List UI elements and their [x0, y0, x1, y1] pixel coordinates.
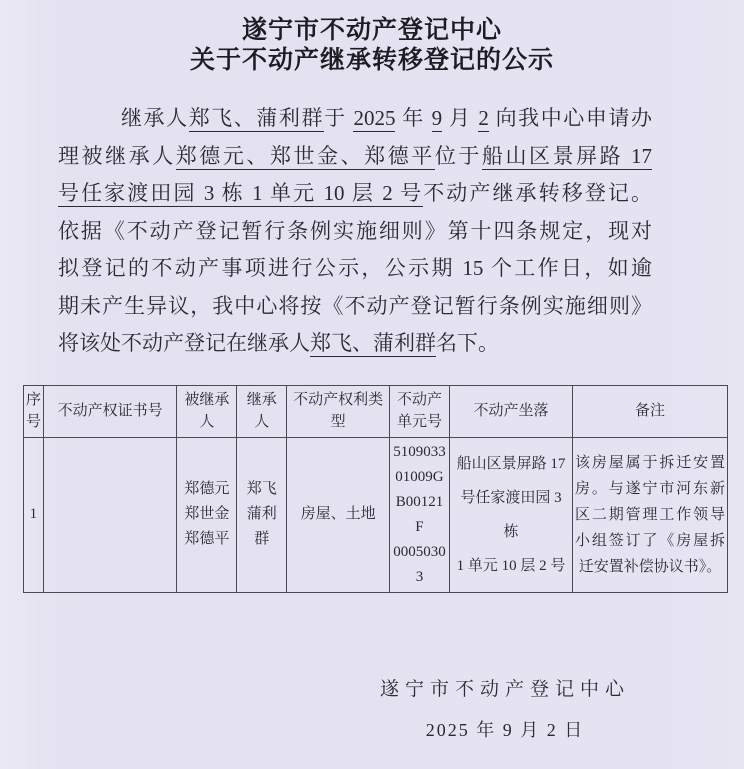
table-cell-line: 号任家渡田园 3 栋: [452, 481, 570, 549]
body-line: 号任家渡田园 3 栋 1 单元 10 层 2 号不动产继承转移登记。: [58, 175, 652, 213]
table-cell-line: 5109033: [392, 440, 447, 465]
table-cell-line: 1: [26, 502, 41, 527]
body-line: 将该处不动产登记在继承人郑飞、蒲利群名下。: [58, 325, 652, 363]
table-cell-line: 1 单元 10 层 2 号: [452, 549, 570, 583]
underlined-text: 2: [478, 106, 489, 132]
table-cell: 1: [24, 437, 44, 592]
table-header-cell: 被继承人: [177, 385, 237, 437]
body-text-segment: 继承人: [121, 106, 189, 130]
table-header-cell: 不动产坐落: [449, 385, 572, 437]
table-header-cell: 不动产单元号: [390, 385, 450, 437]
body-line: 拟登记的不动产事项进行公示，公示期 15 个工作日，如逾: [58, 250, 652, 288]
document-title: 遂宁市不动产登记中心 关于不动产继承转移登记的公示: [0, 0, 744, 75]
body-text-segment: 位于: [435, 144, 482, 168]
table-cell: 郑飞蒲利群: [237, 437, 287, 592]
table-cell: 船山区景屏路 17号任家渡田园 3 栋1 单元 10 层 2 号: [449, 437, 572, 592]
table-cell-line: 0005030: [392, 540, 447, 565]
body-line: 继承人郑飞、蒲利群于 2025 年 9 月 2 向我中心申请办: [58, 100, 652, 138]
body-text-segment: 理被继承人: [58, 144, 176, 168]
table-cell-line: 船山区景屏路 17: [452, 447, 570, 481]
body-line: 理被继承人郑德元、郑世金、郑德平位于船山区景屏路 17: [58, 138, 652, 176]
table-header-cell: 序号: [24, 385, 44, 437]
document-page: 遂宁市不动产登记中心 关于不动产继承转移登记的公示 继承人郑飞、蒲利群于 202…: [0, 0, 744, 769]
table-cell-line: 郑德平: [179, 527, 234, 552]
body-text-segment: 将该处不动产登记在继承人: [58, 331, 310, 355]
table-cell-line: 3: [392, 565, 447, 590]
table-row: 1郑德元郑世金郑德平郑飞蒲利群房屋、土地510903301009GB00121F…: [24, 437, 728, 592]
table-header-cell: 备注: [573, 385, 728, 437]
table-cell: 房屋、土地: [287, 437, 390, 592]
title-line-2: 关于不动产继承转移登记的公示: [0, 45, 744, 75]
body-text-segment: 拟登记的不动产事项进行公示，公示期 15 个工作日，如逾: [58, 256, 652, 280]
body-text-segment: 不动产继承转移登记。: [423, 181, 652, 205]
table-cell-line: 郑世金: [179, 502, 234, 527]
body-text-segment: 向我中心申请办: [489, 106, 652, 130]
underlined-text: 2025: [353, 106, 395, 132]
underlined-text: 9: [432, 106, 443, 132]
body-text-segment: 年: [395, 106, 431, 130]
body-text-segment: 于: [324, 106, 353, 130]
table-cell-line: 该房屋属于拆迁安置房。与遂宁市河东新区二期管理工作领导小组签订了《房屋拆迁安置补…: [575, 450, 725, 580]
property-table: 序号不动产权证书号被继承人继承人不动产权利类型不动产单元号不动产坐落备注1郑德元…: [23, 385, 728, 593]
table-cell-line: 01009G: [392, 465, 447, 490]
table-cell-line: 蒲利群: [239, 502, 284, 552]
signature-block: 遂宁市不动产登记中心 2025 年 9 月 2 日: [380, 673, 630, 745]
table-cell: 510903301009GB00121F00050303: [390, 437, 450, 592]
table-cell-line: B00121F: [392, 490, 447, 540]
issuer-name: 遂宁市不动产登记中心: [380, 673, 630, 707]
table-header-cell: 继承人: [237, 385, 287, 437]
issue-date: 2025 年 9 月 2 日: [380, 715, 630, 745]
notice-body: 继承人郑飞、蒲利群于 2025 年 9 月 2 向我中心申请办理被继承人郑德元、…: [58, 100, 652, 363]
body-line: 期未产生异议，我中心将按《不动产登记暂行条例实施细则》: [58, 288, 652, 326]
table-header-cell: 不动产权利类型: [287, 385, 390, 437]
underlined-text: 郑德元、郑世金、郑德平: [176, 144, 435, 170]
body-text-segment: 期未产生异议，我中心将按《不动产登记暂行条例实施细则》: [58, 294, 652, 318]
table-header-cell: 不动产权证书号: [43, 385, 177, 437]
table-cell-line: 郑德元: [179, 477, 234, 502]
table-header-row: 序号不动产权证书号被继承人继承人不动产权利类型不动产单元号不动产坐落备注: [24, 385, 728, 437]
body-text-segment: 月: [442, 106, 478, 130]
table-cell: 该房屋属于拆迁安置房。与遂宁市河东新区二期管理工作领导小组签订了《房屋拆迁安置补…: [573, 437, 728, 592]
underlined-text: 船山区景屏路 17: [482, 144, 652, 170]
table-cell-line: 房屋、土地: [289, 502, 387, 527]
underlined-text: 号任家渡田园 3 栋 1 单元 10 层 2 号: [58, 181, 423, 207]
body-text-segment: 名下。: [436, 331, 499, 355]
body-line: 依据《不动产登记暂行条例实施细则》第十四条规定，现对: [58, 213, 652, 251]
title-line-1: 遂宁市不动产登记中心: [0, 15, 744, 45]
table-cell: [43, 437, 177, 592]
table-cell-line: 郑飞: [239, 477, 284, 502]
table-cell: 郑德元郑世金郑德平: [177, 437, 237, 592]
underlined-text: 郑飞、蒲利群: [310, 331, 436, 357]
underlined-text: 郑飞、蒲利群: [189, 106, 324, 132]
body-text-segment: 依据《不动产登记暂行条例实施细则》第十四条规定，现对: [58, 219, 652, 243]
